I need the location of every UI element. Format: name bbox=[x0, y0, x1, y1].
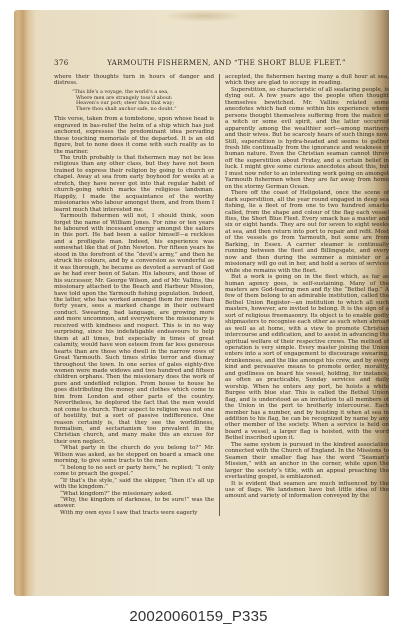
paragraph: Superstition, so characteristic of all s… bbox=[225, 87, 389, 190]
paragraph: This verse, taken from a tombstone, upon… bbox=[54, 116, 214, 155]
paragraph: The same system is pursued in the kindre… bbox=[225, 442, 389, 481]
running-head: 376 YARMOUTH FISHERMEN, AND “THE SHORT B… bbox=[54, 58, 389, 70]
right-column: accepted, the fishermen having many a du… bbox=[219, 74, 389, 516]
paragraph: “What party in the church do you belong … bbox=[54, 445, 214, 464]
paragraph: With my own eyes I saw that tracts were … bbox=[54, 510, 214, 516]
verse-line: There thou shalt anchor safe, no doubt.” bbox=[72, 107, 214, 113]
paragraph: It is evident that seamen are much influ… bbox=[225, 481, 389, 500]
scanned-book-page: 376 YARMOUTH FISHERMEN, AND “THE SHORT B… bbox=[14, 10, 389, 596]
image-caption: 20020060159_P335 bbox=[0, 608, 397, 625]
left-column: where their thoughts turn in hours of da… bbox=[54, 74, 219, 516]
paper-stain bbox=[164, 10, 244, 22]
paragraph: Yarmouth fishermen will not, I should th… bbox=[54, 213, 214, 445]
paragraph: But a work is going on in the fleet whic… bbox=[225, 274, 389, 442]
running-title: YARMOUTH FISHERMEN, AND “THE SHORT BLUE … bbox=[84, 58, 389, 67]
paragraph: “Why, the kingdom of darkness, to be sur… bbox=[54, 497, 214, 510]
paragraph: The truth probably is that fishermen may… bbox=[54, 155, 214, 213]
paragraph: “I belong to no sect or party here,” he … bbox=[54, 465, 214, 478]
page-content: 376 YARMOUTH FISHERMEN, AND “THE SHORT B… bbox=[54, 58, 389, 516]
epitaph-verse: “This life’s a voyage, the world’s a sea… bbox=[72, 90, 214, 112]
paragraph: There off the coast of Heligoland, once … bbox=[225, 190, 389, 274]
paragraph: where their thoughts turn in hours of da… bbox=[54, 74, 214, 87]
paragraph: “If that’s the style,” said the skipper,… bbox=[54, 478, 214, 491]
two-column-body: where their thoughts turn in hours of da… bbox=[54, 74, 389, 516]
paragraph: accepted, the fishermen having many a du… bbox=[225, 74, 389, 87]
page-number: 376 bbox=[54, 58, 84, 67]
